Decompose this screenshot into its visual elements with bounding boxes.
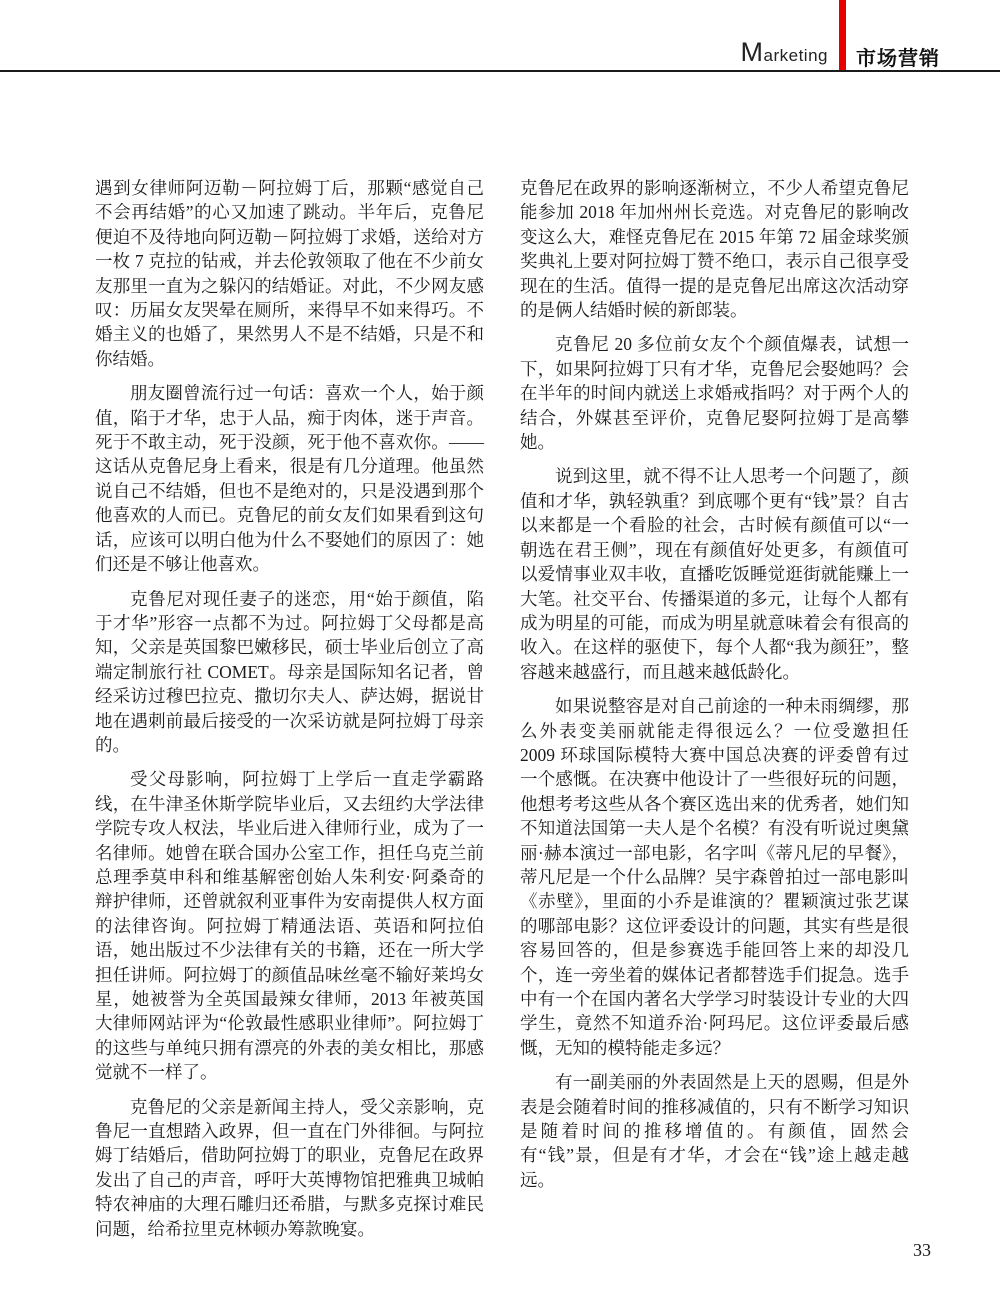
article-paragraph: 克鲁尼 20 多位前女友个个颜值爆表，试想一下，如果阿拉姆丁只有才华，克鲁尼会娶… — [520, 332, 909, 454]
article-column-right: 克鲁尼在政界的影响逐渐树立，不少人希望克鲁尼能参加 2018 年加州州长竞选。对… — [520, 176, 909, 1251]
article-paragraph: 说到这里，就不得不让人思考一个问题了，颜值和才华，孰轻孰重？到底哪个更有“钱”景… — [520, 464, 909, 684]
article-paragraph: 克鲁尼对现任妻子的迷恋，用“始于颜值，陷于才华”形容一点都不为过。阿拉姆丁父母都… — [95, 587, 484, 758]
accent-divider — [839, 0, 846, 72]
article-paragraph: 朋友圈曾流行过一句话：喜欢一个人，始于颜值，陷于才华，忠于人品，痴于肉体，迷于声… — [95, 381, 484, 576]
document-page: Marketing 市场营销 遇到女律师阿迈勒－阿拉姆丁后，那颗“感觉自己不会再… — [0, 0, 1000, 1300]
article-paragraph: 有一副美丽的外表固然是上天的恩赐，但是外表是会随着时间的推移减值的，只有不断学习… — [520, 1070, 909, 1192]
article-column-left: 遇到女律师阿迈勒－阿拉姆丁后，那颗“感觉自己不会再结婚”的心又加速了跳动。半年后… — [95, 176, 484, 1251]
section-label-en-text: Marketing — [741, 43, 828, 66]
header-rule — [0, 70, 1000, 72]
section-label-en: Marketing — [0, 0, 828, 68]
page-number: 33 — [898, 1240, 946, 1261]
article-paragraph: 受父母影响，阿拉姆丁上学后一直走学霸路线，在牛津圣休斯学院毕业后，又去纽约大学法… — [95, 767, 484, 1084]
section-label-zh: 市场营销 — [856, 42, 940, 71]
article-body: 遇到女律师阿迈勒－阿拉姆丁后，那颗“感觉自己不会再结婚”的心又加速了跳动。半年后… — [95, 176, 909, 1251]
article-paragraph: 克鲁尼的父亲是新闻主持人，受父亲影响，克鲁尼一直想踏入政界，但一直在门外徘徊。与… — [95, 1095, 484, 1241]
article-paragraph: 如果说整容是对自己前途的一种未雨绸缪，那么外表变美丽就能走得很远么？一位受邀担任… — [520, 694, 909, 1060]
article-paragraph: 克鲁尼在政界的影响逐渐树立，不少人希望克鲁尼能参加 2018 年加州州长竞选。对… — [520, 176, 909, 322]
article-paragraph: 遇到女律师阿迈勒－阿拉姆丁后，那颗“感觉自己不会再结婚”的心又加速了跳动。半年后… — [95, 176, 484, 371]
